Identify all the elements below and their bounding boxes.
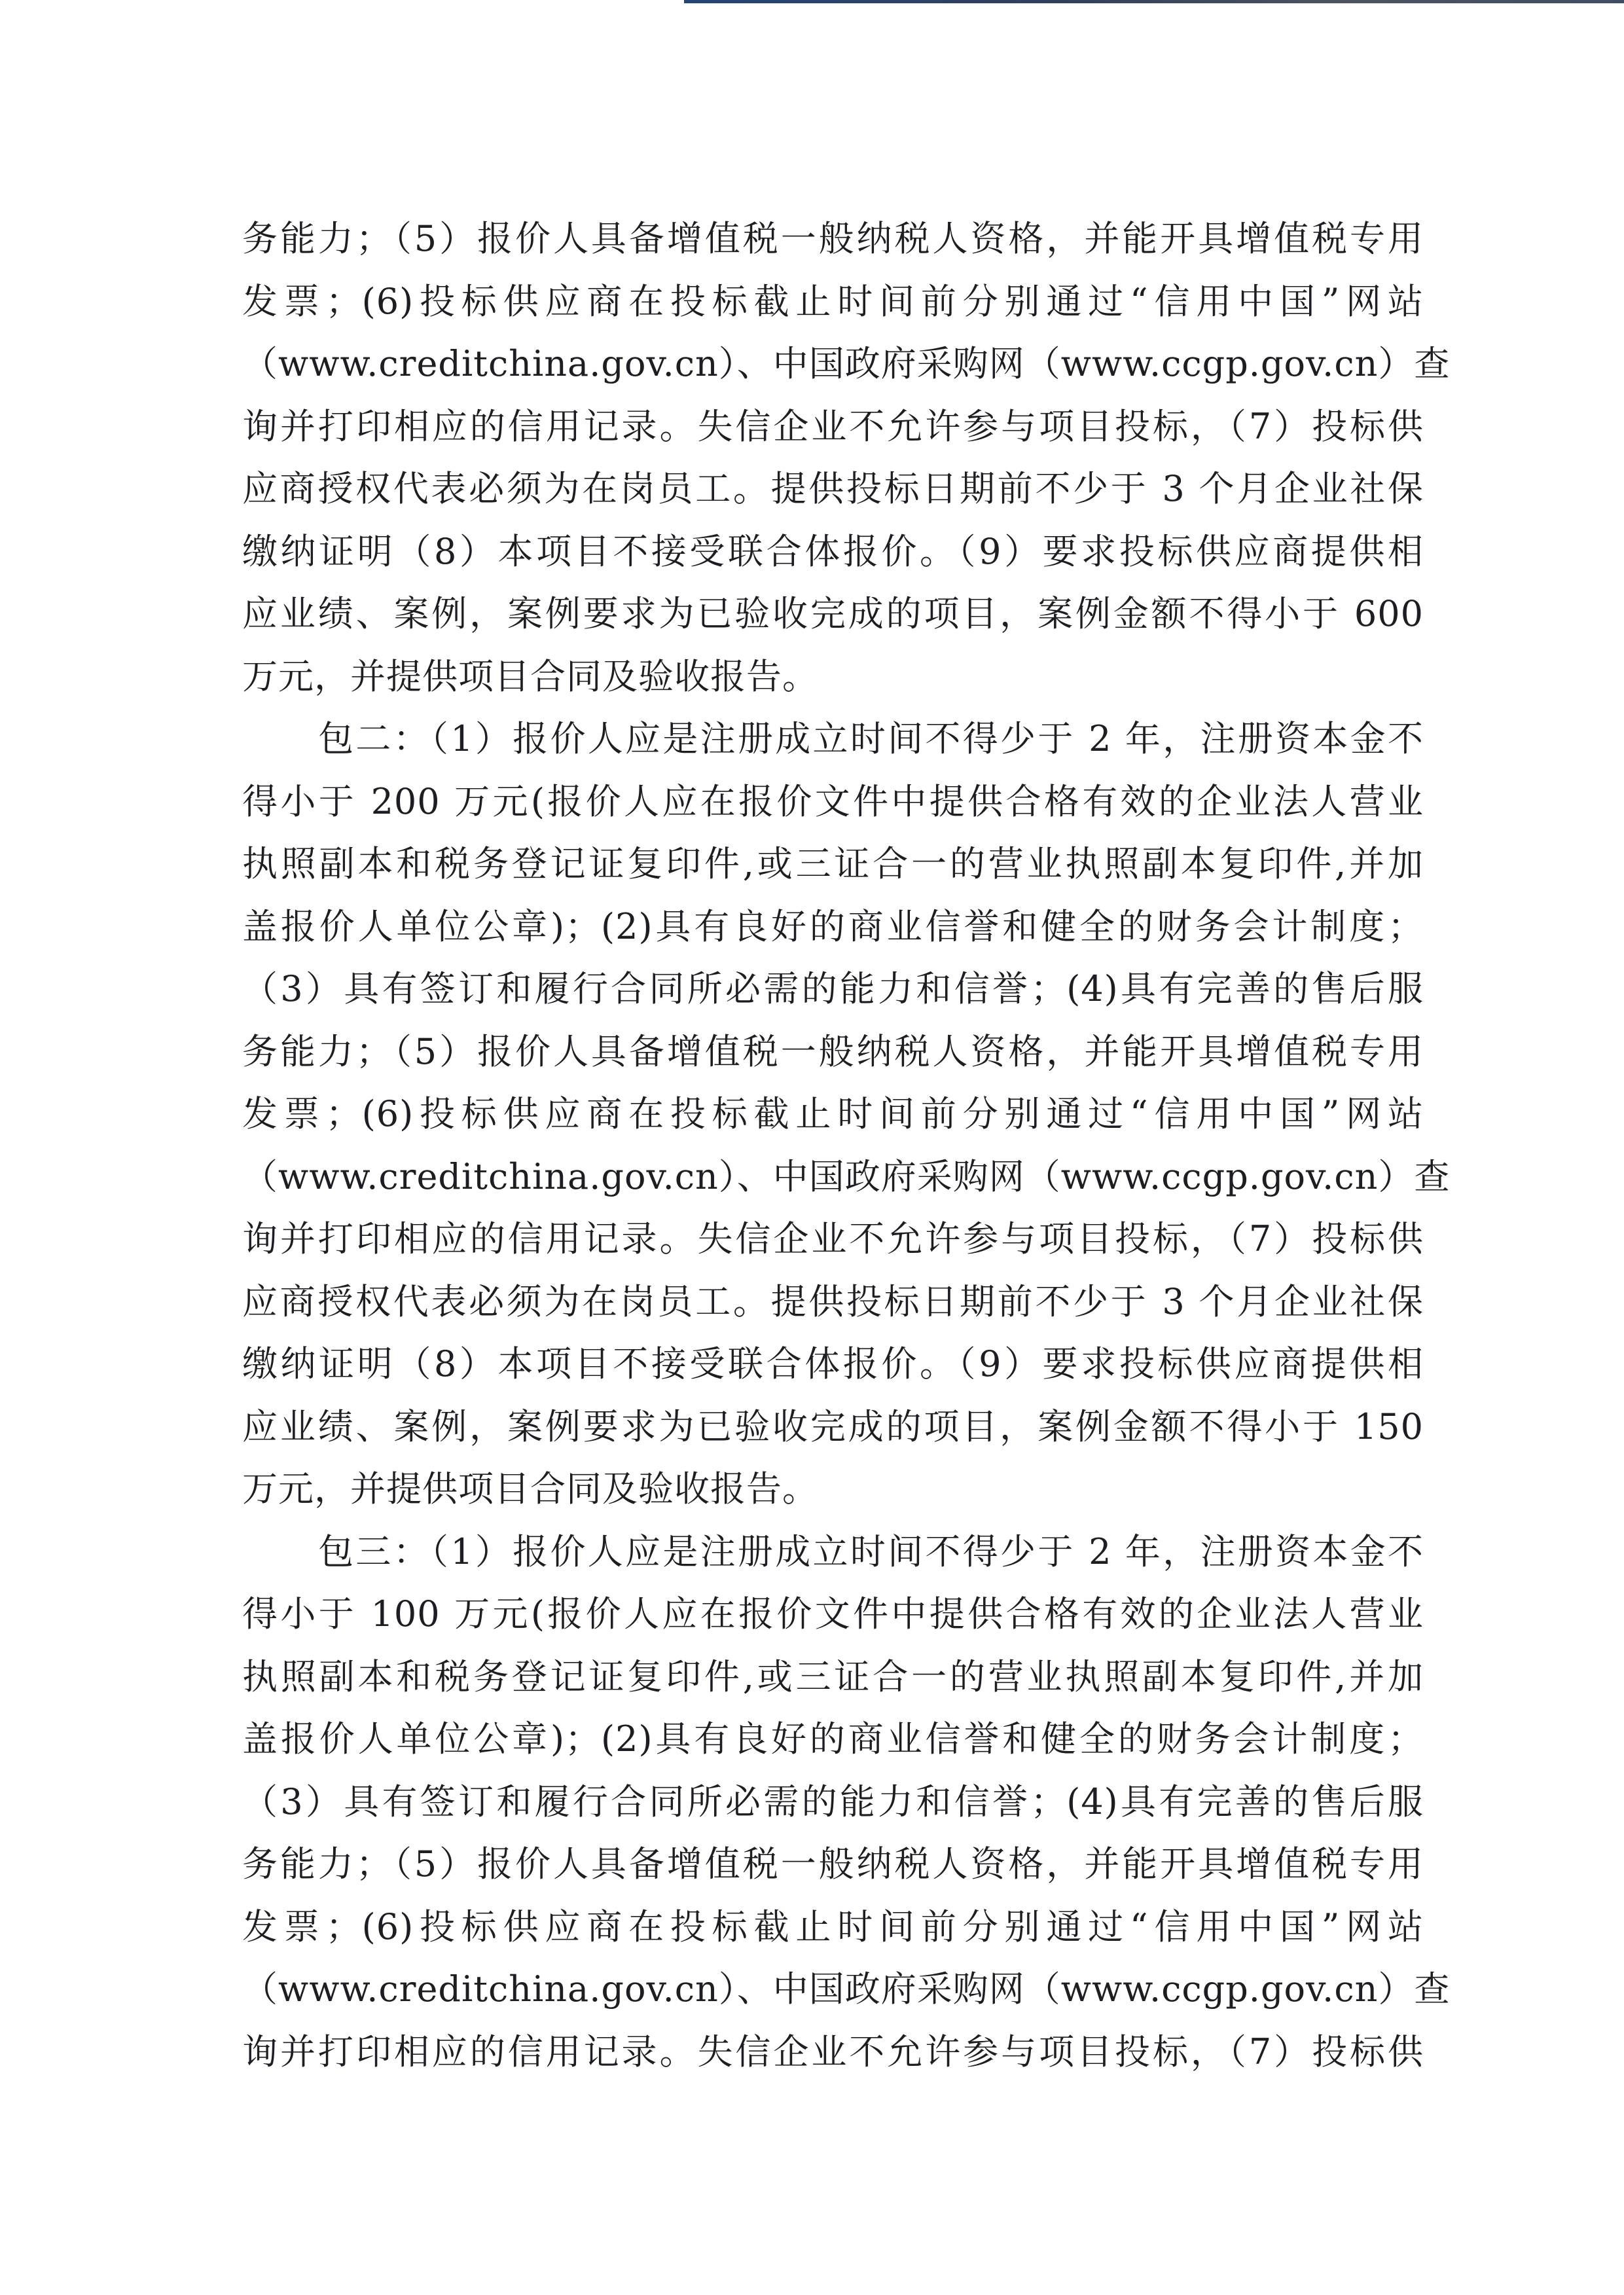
- text-line: （www.creditchina.gov.cn）、中国政府采购网（www.ccg…: [242, 1958, 1424, 2021]
- scan-edge-artifact: [684, 0, 1624, 3]
- text-line: 应业绩、案例，案例要求为已验收完成的项目，案例金额不得小于 150: [242, 1396, 1424, 1458]
- text-line: 应商授权代表必须为在岗员工。提供投标日期前不少于 3 个月企业社保: [242, 1271, 1424, 1333]
- text-line: 得小于 100 万元(报价人应在报价文件中提供合格有效的企业法人营业: [242, 1583, 1424, 1646]
- text-line: 询并打印相应的信用记录。失信企业不允许参与项目投标，（7）投标供: [242, 1208, 1424, 1271]
- text-line: （www.creditchina.gov.cn）、中国政府采购网（www.ccg…: [242, 1146, 1424, 1208]
- text-line: 执照副本和税务登记证复印件,或三证合一的营业执照副本复印件,并加: [242, 833, 1424, 895]
- text-line: 盖报价人单位公章)；(2)具有良好的商业信誉和健全的财务会计制度；: [242, 895, 1424, 958]
- text-line: 执照副本和税务登记证复印件,或三证合一的营业执照副本复印件,并加: [242, 1646, 1424, 1708]
- text-line: 应业绩、案例，案例要求为已验收完成的项目，案例金额不得小于 600: [242, 583, 1424, 645]
- text-line: （3）具有签订和履行合同所必需的能力和信誉；(4)具有完善的售后服: [242, 958, 1424, 1021]
- text-line: 务能力；（5）报价人具备增值税一般纳税人资格，并能开具增值税专用: [242, 1021, 1424, 1083]
- paragraph-package-one-continued: 务能力；（5）报价人具备增值税一般纳税人资格，并能开具增值税专用 发票；(6)投…: [242, 208, 1424, 708]
- paragraph-package-three: 包三：（1）报价人应是注册成立时间不得少于 2 年，注册资本金不 得小于 100…: [242, 1521, 1424, 2084]
- text-line: 缴纳证明（8）本项目不接受联合体报价。（9）要求投标供应商提供相: [242, 520, 1424, 583]
- text-line: 应商授权代表必须为在岗员工。提供投标日期前不少于 3 个月企业社保: [242, 458, 1424, 520]
- text-line: 发票；(6)投标供应商在投标截止时间前分别通过“信用中国”网站: [242, 1896, 1424, 1959]
- text-line: 询并打印相应的信用记录。失信企业不允许参与项目投标，（7）投标供: [242, 2021, 1424, 2084]
- text-line: （www.creditchina.gov.cn）、中国政府采购网（www.ccg…: [242, 333, 1424, 395]
- text-line: 盖报价人单位公章)；(2)具有良好的商业信誉和健全的财务会计制度；: [242, 1708, 1424, 1771]
- text-line: 包二：（1）报价人应是注册成立时间不得少于 2 年，注册资本金不: [242, 708, 1424, 770]
- text-line: 询并打印相应的信用记录。失信企业不允许参与项目投标，（7）投标供: [242, 395, 1424, 458]
- text-line: 万元，并提供项目合同及验收报告。: [242, 645, 1424, 708]
- text-line: 务能力；（5）报价人具备增值税一般纳税人资格，并能开具增值税专用: [242, 1833, 1424, 1896]
- paragraph-package-two: 包二：（1）报价人应是注册成立时间不得少于 2 年，注册资本金不 得小于 200…: [242, 708, 1424, 1521]
- text-line: （3）具有签订和履行合同所必需的能力和信誉；(4)具有完善的售后服: [242, 1771, 1424, 1834]
- text-line: 包三：（1）报价人应是注册成立时间不得少于 2 年，注册资本金不: [242, 1521, 1424, 1583]
- text-line: 万元，并提供项目合同及验收报告。: [242, 1458, 1424, 1521]
- text-line: 缴纳证明（8）本项目不接受联合体报价。（9）要求投标供应商提供相: [242, 1333, 1424, 1396]
- text-line: 发票；(6)投标供应商在投标截止时间前分别通过“信用中国”网站: [242, 270, 1424, 333]
- text-line: 务能力；（5）报价人具备增值税一般纳税人资格，并能开具增值税专用: [242, 208, 1424, 270]
- text-line: 得小于 200 万元(报价人应在报价文件中提供合格有效的企业法人营业: [242, 770, 1424, 833]
- text-line: 发票；(6)投标供应商在投标截止时间前分别通过“信用中国”网站: [242, 1083, 1424, 1146]
- document-page: 务能力；（5）报价人具备增值税一般纳税人资格，并能开具增值税专用 发票；(6)投…: [242, 208, 1424, 2083]
